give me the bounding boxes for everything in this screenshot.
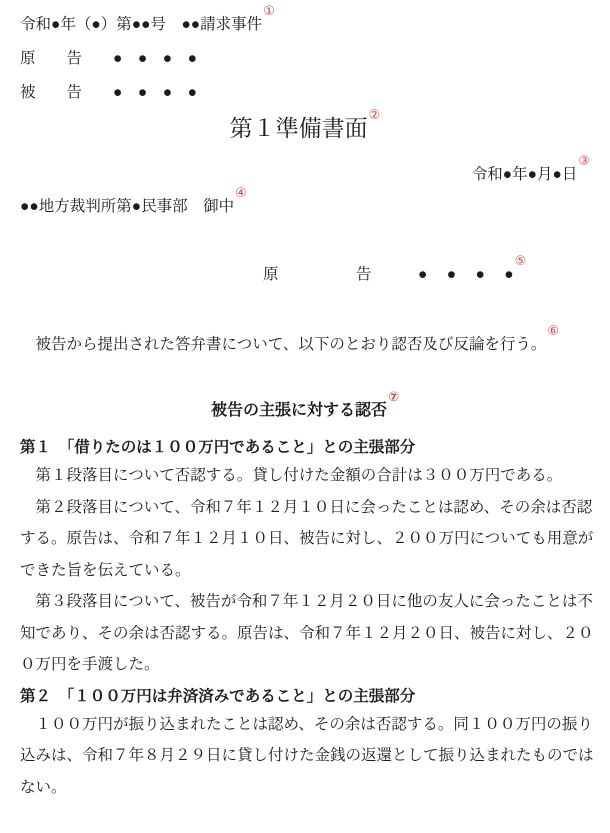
body-line: 知であり、その余は否認する。原告は、令和７年１２月２０日、被告に対し、２０	[20, 618, 590, 650]
court-line: ●●地方裁判所第●民事部 御中④	[20, 196, 590, 218]
case-number-text: 令和●年（●）第●●号 ●●請求事件	[20, 16, 262, 33]
annotation-5: ⑤	[515, 253, 527, 268]
annotation-3: ③	[578, 153, 590, 168]
date-text: 令和●年●月●日	[472, 166, 578, 183]
annotation-2: ②	[369, 107, 381, 122]
document-title: 第１準備書面②	[20, 112, 590, 146]
body-line: １００万円が振り込まれたことは認め、その余は否認する。同１００万円の振り	[20, 709, 590, 741]
legal-brief-page: 令和●年（●）第●●号 ●●請求事件① 原 告 ● ● ● ● 被 告 ● ● …	[0, 0, 610, 803]
signature-text: 原 告 ● ● ● ●	[263, 266, 514, 283]
main-heading: 被告の主張に対する認否⑦	[20, 400, 590, 422]
section-1-heading: 第１ 「借りたのは１００万円であること」との主張部分	[20, 436, 590, 460]
document-title-text: 第１準備書面	[230, 116, 368, 141]
section-2-heading: 第２ 「１００万円は弁済済みであること」との主張部分	[20, 685, 590, 709]
intro-text: 被告から提出された答弁書について、以下のとおり認否及び反論を行う。	[20, 336, 546, 353]
party-row-plaintiff: 原 告 ● ● ● ●	[20, 42, 590, 76]
case-caption-line: 令和●年（●）第●●号 ●●請求事件①	[20, 8, 590, 42]
section-2-body: １００万円が振り込まれたことは認め、その余は否認する。同１００万円の振り 込みは…	[20, 709, 590, 804]
body-line: 込みは、令和７年８月２９日に貸し付けた金銭の返還として振り込まれたものでは	[20, 740, 590, 772]
annotation-4: ④	[235, 185, 247, 200]
body-line: できた旨を伝えている。	[20, 555, 590, 587]
defendant-caption-text: 被 告 ● ● ● ●	[20, 84, 197, 101]
annotation-6: ⑥	[547, 323, 559, 338]
court-text: ●●地方裁判所第●民事部 御中	[20, 198, 234, 215]
main-heading-text: 被告の主張に対する認否	[211, 402, 387, 419]
annotation-1: ①	[263, 3, 275, 18]
body-line: 第２段落目について、令和７年１２月１０日に会ったことは認め、その余は否認	[20, 492, 590, 524]
annotation-7: ⑦	[388, 389, 399, 404]
body-line: 第３段落目について、被告が令和７年１２月２０日に他の友人に会ったことは不	[20, 586, 590, 618]
plaintiff-caption-text: 原 告 ● ● ● ●	[20, 50, 197, 67]
signature-line: 原 告 ● ● ● ●⑤	[20, 264, 590, 286]
body-line: 第１段落目について否認する。貸し付けた金額の合計は３００万円である。	[20, 460, 590, 492]
body-line: ０万円を手渡した。	[20, 649, 590, 681]
section-1-body: 第１段落目について否認する。貸し付けた金額の合計は３００万円である。 第２段落目…	[20, 460, 590, 681]
body-line: ない。	[20, 772, 590, 804]
document-page: { "note_color": "#cc4b4b", "header": { "…	[0, 0, 610, 833]
body-line: する。原告は、令和７年１２月１０日、被告に対し、２００万円についても用意が	[20, 523, 590, 555]
party-row-defendant: 被 告 ● ● ● ●	[20, 76, 590, 110]
intro-paragraph: 被告から提出された答弁書について、以下のとおり認否及び反論を行う。⑥	[20, 334, 590, 356]
date-line: 令和●年●月●日③	[20, 164, 590, 186]
